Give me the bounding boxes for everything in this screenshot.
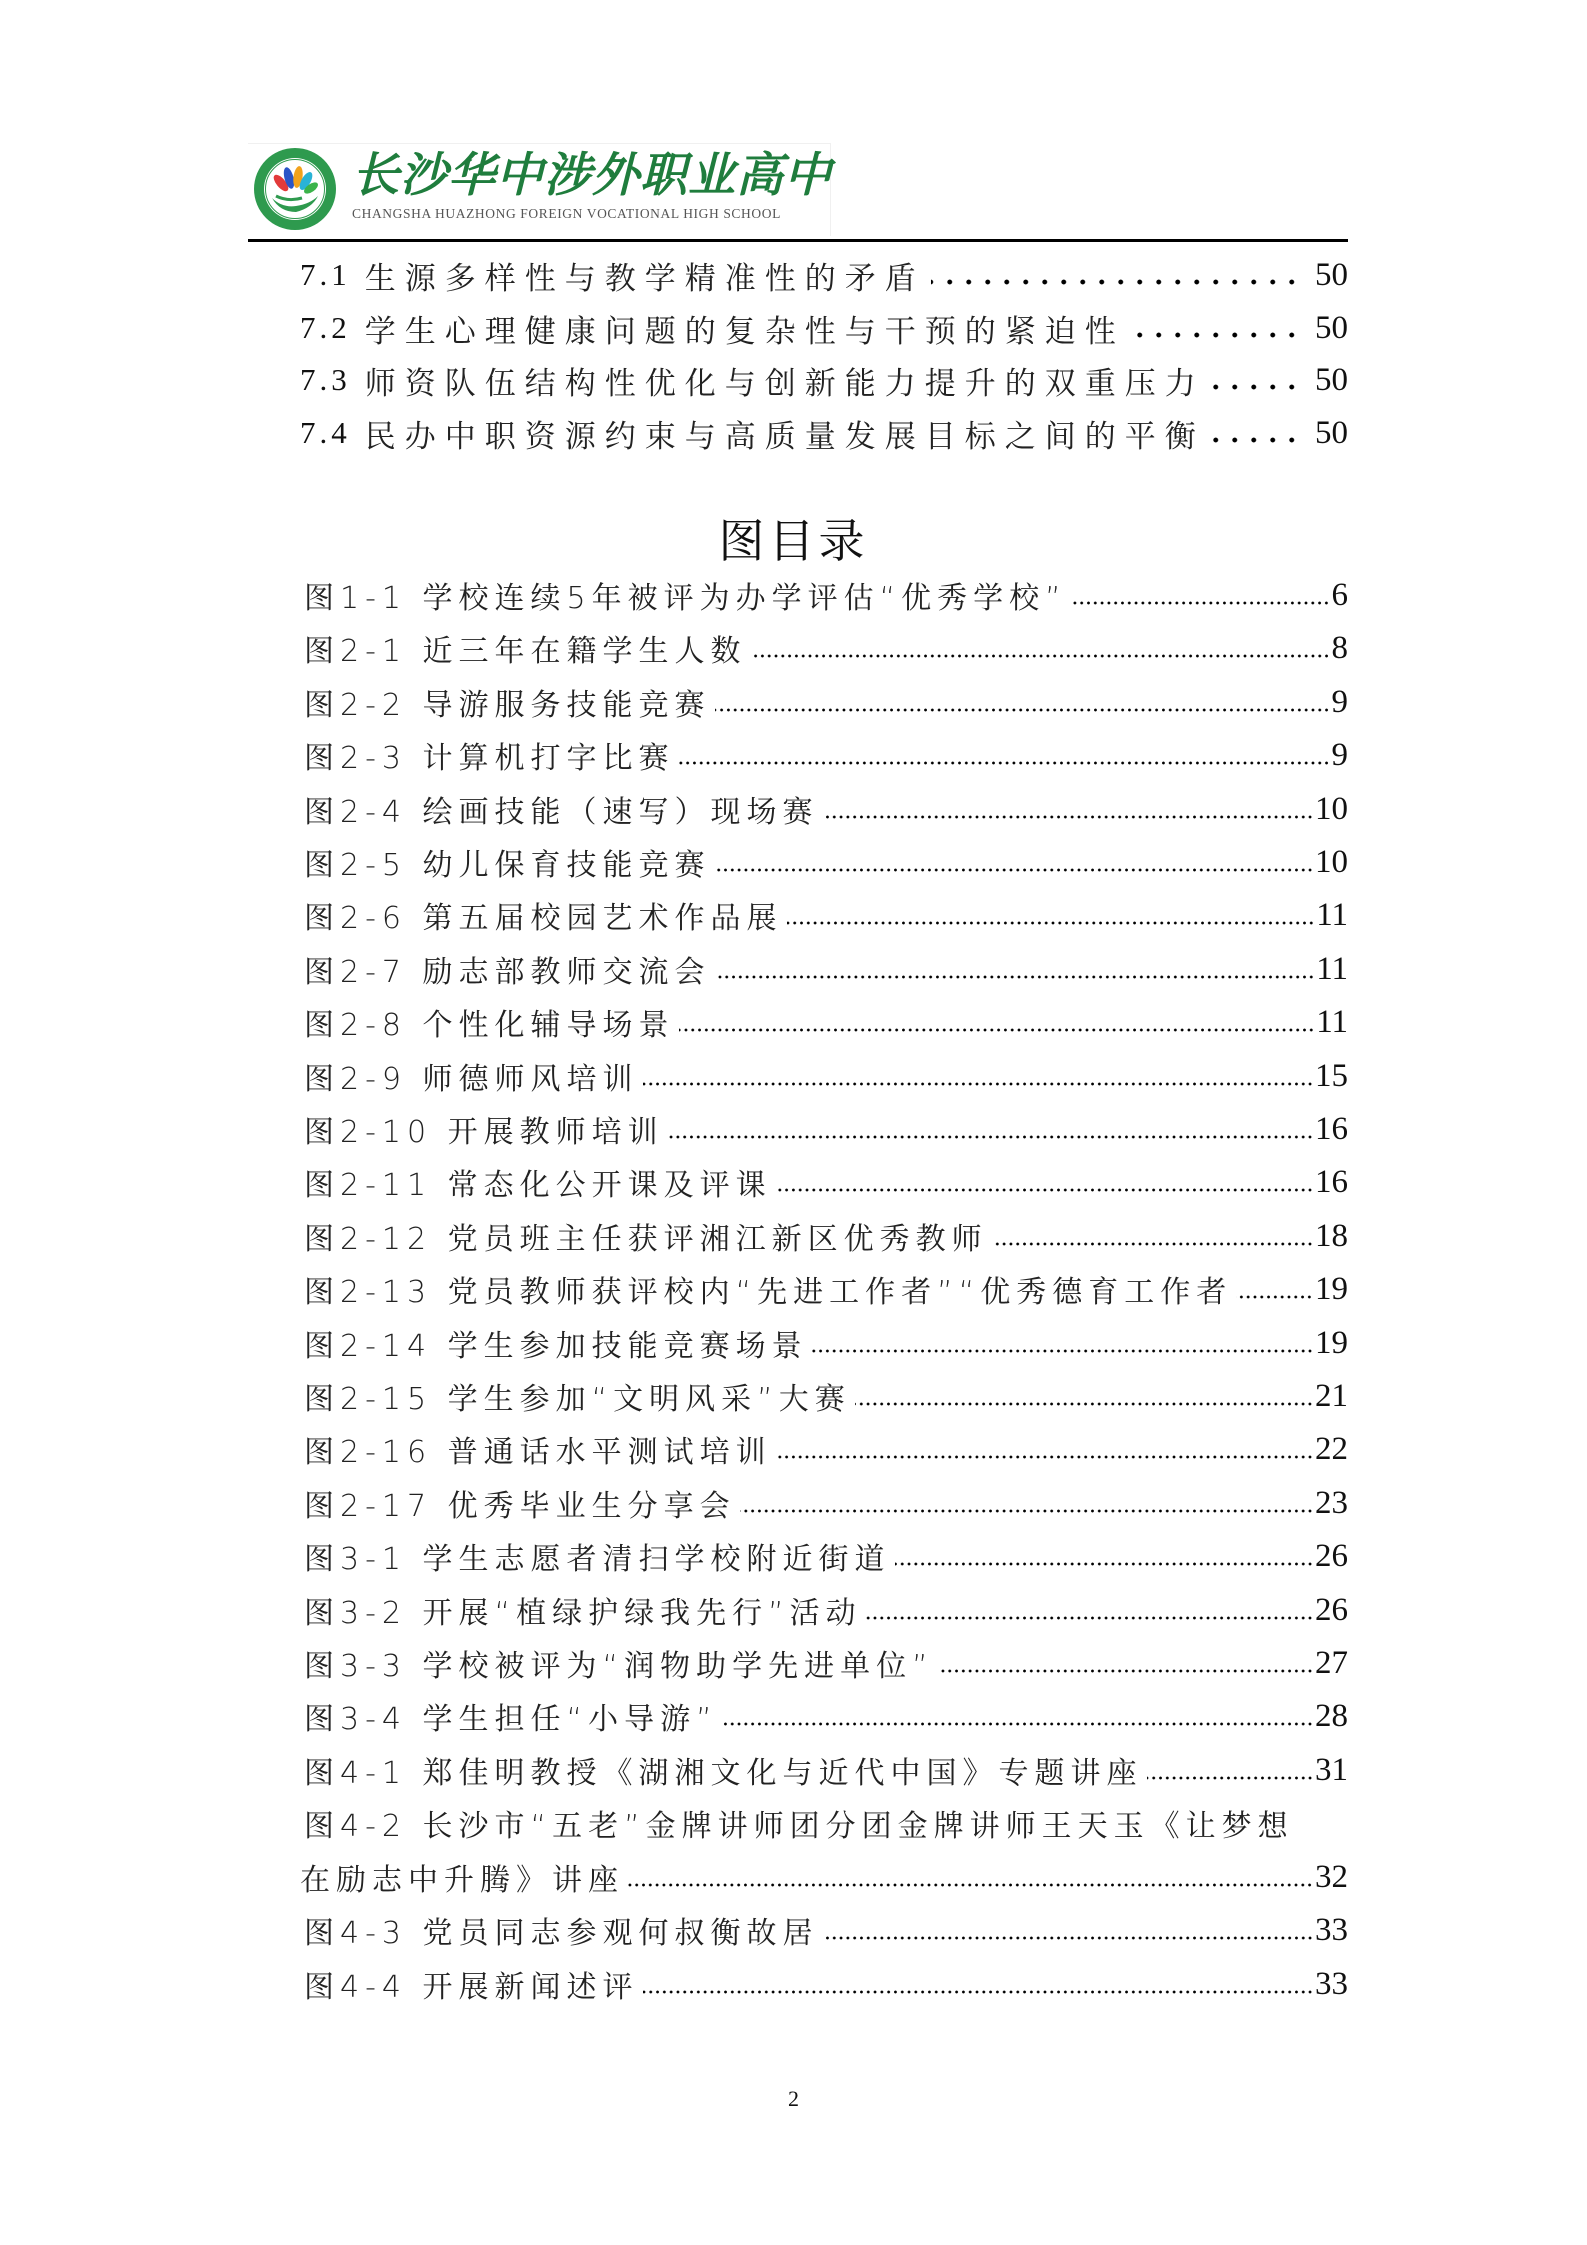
- figure-entry[interactable]: 图4-4 开展新闻述评33: [304, 1962, 1348, 2006]
- figure-list-title: 图目录: [0, 505, 1587, 571]
- figure-entry-label: 图2-16 普通话水平测试培训: [304, 1427, 772, 1471]
- figure-entry[interactable]: 图3-3 学校被评为“润物助学先进单位” 27: [304, 1641, 1348, 1685]
- figure-entry-label: 图3-2 开展“植绿护绿我先行”活动: [304, 1588, 862, 1632]
- figure-entry-page: 22: [1315, 1431, 1348, 1468]
- dot-leader: [740, 1508, 1313, 1514]
- figure-entry-label: 图4-1 郑佳明教授《湖湘文化与近代中国》专题讲座: [304, 1748, 1143, 1792]
- figure-entry-label: 图2-15 学生参加“文明风采”大赛: [304, 1374, 851, 1418]
- toc-entry-page: 50: [1315, 310, 1348, 347]
- figure-entry-label: 图2-7 励志部教师交流会: [304, 947, 711, 991]
- figure-entry-page: 16: [1315, 1164, 1348, 1201]
- figure-entry-label: 图4-3 党员同志参观何叔衡故居: [304, 1908, 819, 1952]
- figure-entry[interactable]: 图2-4 绘画技能（速写）现场赛10: [304, 787, 1348, 831]
- figure-entry[interactable]: 图2-8 个性化辅导场景11: [304, 1000, 1348, 1044]
- figure-entry[interactable]: 图2-16 普通话水平测试培训22: [304, 1427, 1348, 1471]
- dot-leader: [751, 653, 1330, 659]
- toc-entry-number: 7.2: [300, 310, 351, 346]
- figure-entry-label: 图2-13 党员教师获评校内“先进工作者”“优秀德育工作者: [304, 1267, 1232, 1311]
- figure-entry-page: 9: [1332, 684, 1349, 721]
- dot-leader: [1211, 436, 1301, 444]
- figure-entry[interactable]: 图2-3 计算机打字比赛9: [304, 733, 1348, 777]
- figure-entry-label: 图2-9 师德师风培训: [304, 1054, 639, 1098]
- figure-entry-page: 11: [1316, 951, 1348, 988]
- dot-leader: [643, 1989, 1313, 1995]
- toc-entry-number: 7.1: [300, 257, 351, 293]
- school-header-logo: 长沙华中涉外职业高中 CHANGSHA HUAZHONG FOREIGN VOC…: [248, 143, 831, 236]
- dot-leader: [715, 707, 1330, 713]
- toc-entry-page: 50: [1315, 415, 1348, 452]
- figure-entry-page: 23: [1315, 1485, 1348, 1522]
- figure-entry-page: 28: [1315, 1698, 1348, 1735]
- figure-entry[interactable]: 图2-14 学生参加技能竞赛场景19: [304, 1321, 1348, 1365]
- figure-entry-label: 图2-2 导游服务技能竞赛: [304, 680, 711, 724]
- dot-leader: [1211, 383, 1301, 391]
- toc-entry[interactable]: 7.2 学生心理健康问题的复杂性与干预的紧迫性 50: [300, 306, 1348, 350]
- figure-entry[interactable]: 图1-1 学校连续5年被评为办学评估“优秀学校”6: [304, 573, 1348, 617]
- dot-leader: [668, 1134, 1313, 1140]
- toc-entry[interactable]: 7.3 师资队伍结构性优化与创新能力提升的双重压力 50: [300, 358, 1348, 402]
- dot-leader: [938, 1668, 1313, 1674]
- toc-entry-title: 生源多样性与教学精准性的矛盾: [365, 253, 925, 298]
- dot-leader: [931, 278, 1301, 286]
- figure-entry-page: 11: [1316, 897, 1348, 934]
- figure-entry-label: 图3-3 学校被评为“润物助学先进单位”: [304, 1641, 934, 1685]
- figure-entry-label: 图2-5 幼儿保育技能竞赛: [304, 840, 711, 884]
- figure-entry-page: 19: [1315, 1271, 1348, 1308]
- toc-entry-number: 7.3: [300, 362, 351, 398]
- dot-leader: [643, 1081, 1313, 1087]
- figure-entry-label: 图2-6 第五届校园艺术作品展: [304, 893, 783, 937]
- figure-entry[interactable]: 图2-10 开展教师培训16: [304, 1107, 1348, 1151]
- figure-entry-label: 图2-4 绘画技能（速写）现场赛: [304, 787, 819, 831]
- figure-entry-label: 图2-3 计算机打字比赛: [304, 733, 675, 777]
- dot-leader: [866, 1615, 1313, 1621]
- toc-entry-page: 50: [1315, 362, 1348, 399]
- figure-entry-page: 31: [1315, 1752, 1348, 1789]
- dot-leader: [1147, 1775, 1313, 1781]
- figure-entry-page: 6: [1332, 577, 1349, 614]
- dot-leader: [855, 1401, 1313, 1407]
- figure-entry[interactable]: 图2-5 幼儿保育技能竞赛 10: [304, 840, 1348, 884]
- figure-entry[interactable]: 图4-1 郑佳明教授《湖湘文化与近代中国》专题讲座 31: [304, 1748, 1348, 1792]
- figure-entry[interactable]: 图2-13 党员教师获评校内“先进工作者”“优秀德育工作者19: [304, 1267, 1348, 1311]
- page-number: 2: [0, 2086, 1587, 2112]
- dot-leader: [1236, 1294, 1313, 1300]
- figure-entry-page: 26: [1315, 1592, 1348, 1629]
- dot-leader: [787, 920, 1315, 926]
- figure-entry-label: 图4-4 开展新闻述评: [304, 1962, 639, 2006]
- toc-entry-title: 学生心理健康问题的复杂性与干预的紧迫性: [365, 306, 1125, 351]
- dot-leader: [776, 1187, 1313, 1193]
- figure-entry[interactable]: 图4-2 长沙市“五老”金牌讲师团分团金牌讲师王天玉《让梦想: [304, 1801, 1348, 1845]
- figure-entry[interactable]: 图2-1 近三年在籍学生人数8: [304, 626, 1348, 670]
- figure-entry-label: 图3-1 学生志愿者清扫学校附近街道: [304, 1534, 891, 1578]
- dot-leader: [776, 1454, 1313, 1460]
- figure-entry[interactable]: 图2-17 优秀毕业生分享会23: [304, 1481, 1348, 1525]
- figure-entry-page: 32: [1315, 1859, 1348, 1896]
- dot-leader: [1071, 600, 1330, 606]
- school-name-english: CHANGSHA HUAZHONG FOREIGN VOCATIONAL HIG…: [352, 206, 781, 222]
- figure-entry-label: 图2-11 常态化公开课及评课: [304, 1160, 772, 1204]
- figure-entry-page: 8: [1332, 630, 1349, 667]
- figure-entry[interactable]: 图2-12 党员班主任获评湘江新区优秀教师 18: [304, 1214, 1348, 1258]
- figure-entry-label: 图1-1 学校连续5年被评为办学评估“优秀学校”: [304, 573, 1067, 617]
- figure-entry-label: 图2-17 优秀毕业生分享会: [304, 1481, 736, 1525]
- figure-entry-page: 33: [1315, 1966, 1348, 2003]
- figure-entry-page: 18: [1315, 1218, 1348, 1255]
- figure-entry-page: 11: [1316, 1004, 1348, 1041]
- dot-leader: [722, 1721, 1313, 1727]
- figure-entry-label: 图2-1 近三年在籍学生人数: [304, 626, 747, 670]
- figure-entry-label: 图2-12 党员班主任获评湘江新区优秀教师: [304, 1214, 988, 1258]
- figure-entry[interactable]: 图2-2 导游服务技能竞赛 9: [304, 680, 1348, 724]
- figure-entry-page: 16: [1315, 1111, 1348, 1148]
- toc-entry-title: 师资队伍结构性优化与创新能力提升的双重压力: [365, 358, 1205, 403]
- dot-leader: [895, 1561, 1313, 1567]
- figure-entry-label: 图2-8 个性化辅导场景: [304, 1000, 675, 1044]
- figure-entry-page: 9: [1332, 737, 1349, 774]
- figure-entry-label: 图2-14 学生参加技能竞赛场景: [304, 1321, 808, 1365]
- figure-entry-page: 10: [1315, 791, 1348, 828]
- figure-entry[interactable]: 图3-4 学生担任“小导游” 28: [304, 1694, 1348, 1738]
- figure-entry-page: 21: [1315, 1378, 1348, 1415]
- figure-entry-page: 33: [1315, 1912, 1348, 1949]
- figure-entry-page: 27: [1315, 1645, 1348, 1682]
- toc-entry-number: 7.4: [300, 415, 351, 451]
- dot-leader: [823, 814, 1313, 820]
- dot-leader: [715, 974, 1315, 980]
- figure-entry[interactable]: 图2-11 常态化公开课及评课 16: [304, 1160, 1348, 1204]
- figure-entry-label-line2: 在励志中升腾》讲座: [300, 1855, 624, 1899]
- school-emblem-icon: [252, 146, 338, 232]
- figure-entry-continuation[interactable]: 在励志中升腾》讲座 32: [300, 1855, 1348, 1899]
- dot-leader: [715, 867, 1313, 873]
- figure-entry-page: 26: [1315, 1538, 1348, 1575]
- figure-entry[interactable]: 图2-7 励志部教师交流会11: [304, 947, 1348, 991]
- dot-leader: [679, 1027, 1315, 1033]
- figure-entry-page: 10: [1315, 844, 1348, 881]
- figure-entry[interactable]: 图2-15 学生参加“文明风采”大赛21: [304, 1374, 1348, 1418]
- dot-leader: [1131, 331, 1301, 339]
- figure-entry[interactable]: 图4-3 党员同志参观何叔衡故居 33: [304, 1908, 1348, 1952]
- toc-entry-page: 50: [1315, 257, 1348, 294]
- toc-entry-title: 民办中职资源约束与高质量发展目标之间的平衡: [365, 411, 1205, 456]
- figure-entry[interactable]: 图2-9 师德师风培训15: [304, 1054, 1348, 1098]
- dot-leader: [823, 1935, 1313, 1941]
- dot-leader: [679, 760, 1330, 766]
- toc-entry[interactable]: 7.4 民办中职资源约束与高质量发展目标之间的平衡 50: [300, 411, 1348, 455]
- figure-entry-page: 19: [1315, 1325, 1348, 1362]
- figure-entry-label: 图2-10 开展教师培训: [304, 1107, 664, 1151]
- school-name-chinese: 长沙华中涉外职业高中: [352, 150, 832, 202]
- dot-leader: [992, 1241, 1313, 1247]
- figure-entry-page: 15: [1315, 1058, 1348, 1095]
- figure-entry[interactable]: 图2-6 第五届校园艺术作品展11: [304, 893, 1348, 937]
- figure-entry-label: 图4-2 长沙市“五老”金牌讲师团分团金牌讲师王天玉《让梦想: [304, 1801, 1294, 1845]
- dot-leader: [812, 1348, 1313, 1354]
- figure-entry[interactable]: 图3-2 开展“植绿护绿我先行”活动26: [304, 1588, 1348, 1632]
- header-divider: [248, 239, 1348, 242]
- figure-entry-label: 图3-4 学生担任“小导游”: [304, 1694, 718, 1738]
- dot-leader: [628, 1882, 1313, 1888]
- toc-entry[interactable]: 7.1 生源多样性与教学精准性的矛盾 50: [300, 253, 1348, 297]
- figure-entry[interactable]: 图3-1 学生志愿者清扫学校附近街道26: [304, 1534, 1348, 1578]
